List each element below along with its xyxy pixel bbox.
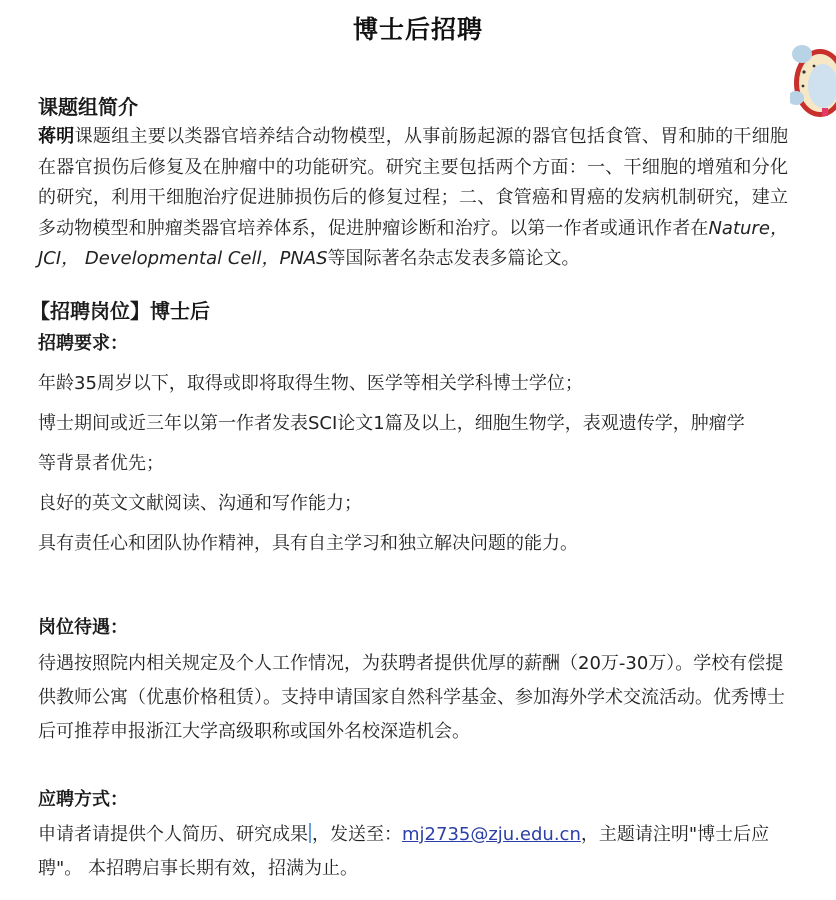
requirement-line: 等背景者优先； (38, 450, 164, 478)
intro-text-1: 课题组主要以类器官培养结合动物模型，从事前肠起源的器官包括食管、胃和肺的干细胞在… (38, 126, 788, 239)
requirement-line: 博士期间或近三年以第一作者发表SCI论文1篇及以上，细胞生物学，表观遗传学，肿瘤… (38, 410, 745, 438)
pi-name: 蒋明 (38, 126, 75, 147)
benefits-heading: 岗位待遇： (38, 614, 128, 642)
requirement-line: 具有责任心和团队协作精神，具有自主学习和独立解决问题的能力。 (38, 530, 578, 558)
mascot-sticker-icon (790, 38, 836, 123)
application-text-2: ，发送至： (312, 824, 402, 845)
text-cursor (309, 823, 311, 843)
document-body: 课题组简介 蒋明课题组主要以类器官培养结合动物模型，从事前肠起源的器官包括食管、… (38, 92, 788, 275)
intro-text-2: 等国际著名杂志发表多篇论文。 (328, 248, 580, 269)
intro-paragraph: 蒋明课题组主要以类器官培养结合动物模型，从事前肠起源的器官包括食管、胃和肺的干细… (38, 122, 788, 275)
requirements-heading: 招聘要求： (38, 330, 128, 358)
requirement-line: 年龄35周岁以下，取得或即将取得生物、医学等相关学科博士学位； (38, 370, 583, 398)
page-title: 博士后招聘 (0, 10, 836, 46)
intro-heading: 课题组简介 (38, 92, 788, 122)
benefits-paragraph: 待遇按照院内相关规定及个人工作情况，为获聘者提供优厚的薪酬（20万-30万）。学… (38, 647, 788, 749)
email-link[interactable]: mj2735@zju.edu.cn (402, 824, 581, 845)
application-heading: 应聘方式： (38, 786, 128, 814)
application-paragraph: 申请者请提供个人简历、研究成果，发送至：mj2735@zju.edu.cn，主题… (38, 818, 793, 886)
application-text-1: 申请者请提供个人简历、研究成果 (38, 824, 308, 845)
position-heading: 【招聘岗位】博士后 (30, 296, 210, 326)
requirement-line: 良好的英文文献阅读、沟通和写作能力； (38, 490, 362, 518)
